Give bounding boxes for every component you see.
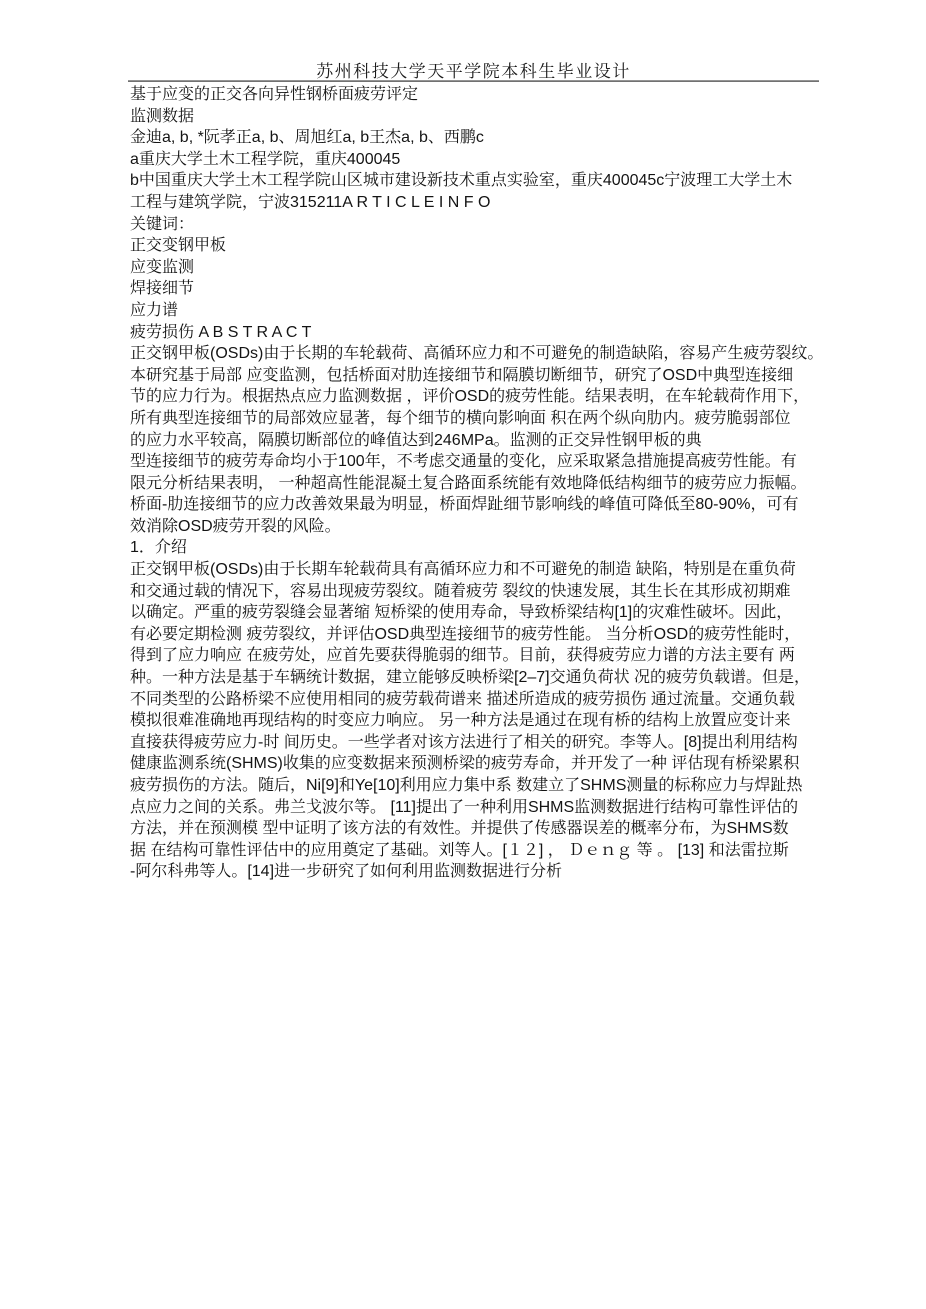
intro-line: 方法，并在预测模 型中证明了该方法的有效性。并提供了传感器误差的概率分布，为SH… [130, 818, 830, 840]
header-divider [128, 80, 819, 82]
abstract-line: 本研究基于局部 应变监测，包括桥面对肋连接细节和隔膜切断细节，研究了OSD中典型… [130, 365, 830, 387]
intro-line: 点应力之间的关系。弗兰戈波尔等。 [11]提出了一种利用SHMS监测数据进行结构… [130, 797, 830, 819]
affiliation-line: b中国重庆大学土木工程学院山区城市建设新技术重点实验室，重庆400045c宁波理… [130, 170, 830, 192]
abstract-line: 的应力水平较高，隔膜切断部位的峰值达到246MPa。监测的正交异性钢甲板的典 [130, 430, 830, 452]
intro-line: 据 在结构可靠性评估中的应用奠定了基础。刘等人。[１２] ， Ｄｅｎｇ 等 。 … [130, 840, 830, 862]
intro-line: 和交通过载的情况下，容易出现疲劳裂纹。随着疲劳 裂纹的快速发展，其生长在其形成初… [130, 581, 830, 603]
intro-line: 模拟很难准确地再现结构的时变应力响应。 另一种方法是通过在现有桥的结构上放置应变… [130, 710, 830, 732]
intro-line: 正交钢甲板(OSDs)由于长期车轮载荷具有高循环应力和不可避免的制造 缺陷，特别… [130, 559, 830, 581]
abstract-line: 桥面-肋连接细节的应力改善效果最为明显，桥面焊趾细节影响线的峰值可降低至80-9… [130, 494, 830, 516]
intro-line: 健康监测系统(SHMS)收集的应变数据来预测桥梁的疲劳寿命，并开发了一种 评估现… [130, 753, 830, 775]
intro-line: 直接获得疲劳应力-时 间历史。一些学者对该方法进行了相关的研究。李等人。[8]提… [130, 732, 830, 754]
document-page: 苏州科技大学天平学院本科生毕业设计 基于应变的正交各向异性钢桥面疲劳评定 监测数… [0, 0, 926, 1309]
keyword-item: 应力谱 [130, 300, 830, 322]
abstract-line: 限元分析结果表明， 一种超高性能混凝土复合路面系统能有效地降低结构细节的疲劳应力… [130, 473, 830, 495]
intro-line: 有必要定期检测 疲劳裂纹，并评估OSD典型连接细节的疲劳性能。 当分析OSD的疲… [130, 624, 830, 646]
keyword-item: 正交变钢甲板 [130, 235, 830, 257]
intro-line: -阿尔科弗等人。[14]进一步研究了如何利用监测数据进行分析 [130, 861, 830, 883]
document-body: 基于应变的正交各向异性钢桥面疲劳评定 监测数据 金迪a, b, *阮孝正a, b… [130, 84, 830, 883]
intro-line: 不同类型的公路桥梁不应使用相同的疲劳载荷谱来 描述所造成的疲劳损伤 通过流量。交… [130, 689, 830, 711]
page-header: 苏州科技大学天平学院本科生毕业设计 [128, 57, 819, 82]
abstract-line: 型连接细节的疲劳寿命均小于100年，不考虑交通量的变化，应采取紧急措施提高疲劳性… [130, 451, 830, 473]
thesis-title-line: 监测数据 [130, 106, 830, 128]
keyword-item: 应变监测 [130, 257, 830, 279]
intro-line: 以确定。严重的疲劳裂缝会显著缩 短桥梁的使用寿命，导致桥梁结构[1]的灾难性破坏… [130, 602, 830, 624]
abstract-line: 节的应力行为。根据热点应力监测数据 ，评价OSD的疲劳性能。结果表明，在车轮载荷… [130, 386, 830, 408]
affiliation-line: 工程与建筑学院，宁波315211A R T I C L E I N F O [130, 192, 830, 214]
abstract-label: 疲劳损伤 A B S T R A C T [130, 322, 830, 344]
affiliation-line: a重庆大学土木工程学院，重庆400045 [130, 149, 830, 171]
intro-line: 得到了应力响应 在疲劳处，应首先要获得脆弱的细节。目前，获得疲劳应力谱的方法主要… [130, 645, 830, 667]
thesis-title-line: 基于应变的正交各向异性钢桥面疲劳评定 [130, 84, 830, 106]
authors-line: 金迪a, b, *阮孝正a, b、周旭红a, b王杰a, b、西鹏c [130, 127, 830, 149]
keyword-item: 焊接细节 [130, 278, 830, 300]
abstract-line: 正交钢甲板(OSDs)由于长期的车轮载荷、高循环应力和不可避免的制造缺陷，容易产… [130, 343, 830, 365]
keywords-label: 关键词： [130, 214, 830, 236]
abstract-line: 所有典型连接细节的局部效应显著，每个细节的横向影响面 积在两个纵向肋内。疲劳脆弱… [130, 408, 830, 430]
intro-line: 疲劳损伤的方法。随后，Ni[9]和Ye[10]利用应力集中系 数建立了SHMS测… [130, 775, 830, 797]
abstract-line: 效消除OSD疲劳开裂的风险。 [130, 516, 830, 538]
section-heading: 1．介绍 [130, 537, 830, 559]
intro-line: 种。一种方法是基于车辆统计数据，建立能够反映桥梁[2–7]交通负荷状 况的疲劳负… [130, 667, 830, 689]
